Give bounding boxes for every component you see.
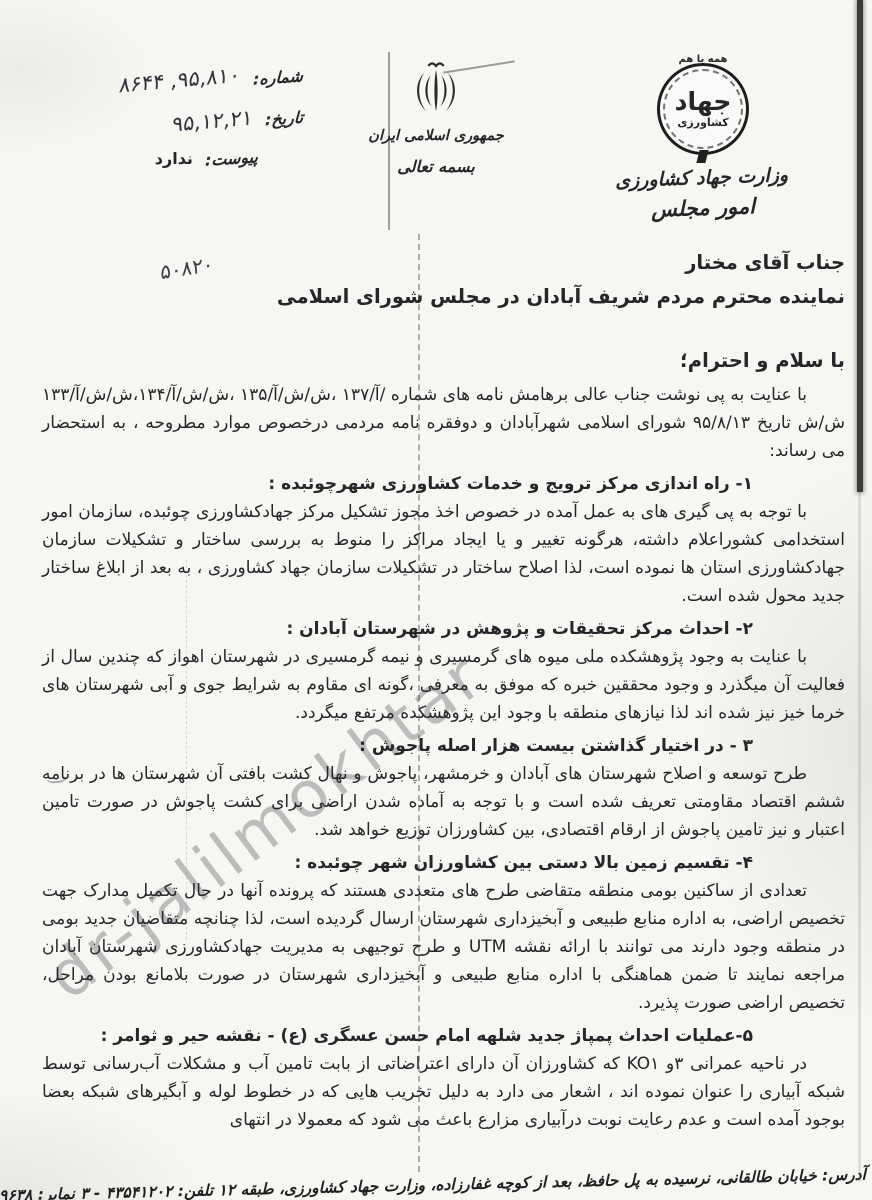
section-heading: ۳ - در اختیار گذاشتن بیست هزار اصله پاجو…	[42, 732, 845, 760]
logo-word-keshavarzi: کشاورزی	[660, 116, 746, 129]
date-value-handwritten: ۹۵,۱۲,۲۱	[171, 105, 254, 136]
logo-word-jahad: جهاد	[660, 89, 746, 115]
number-value-handwritten: ۹۵,۸۱۰, ۸۶۴۴	[119, 63, 242, 98]
letter-fields-block: شماره: ۹۵,۸۱۰, ۸۶۴۴ تاریخ: ۹۵,۱۲,۲۱ پیوس…	[28, 68, 303, 168]
section-3: ۳ - در اختیار گذاشتن بیست هزار اصله پاجو…	[42, 732, 845, 844]
section-5: ۵-عملیات احداث پمپاژ جدید شلهه امام حسن …	[42, 1022, 845, 1134]
field-attachment: پیوست: ندارد	[28, 149, 303, 168]
section-4: ۴- تقسیم زمین بالا دستی بین کشاورزان شهر…	[42, 849, 845, 1017]
recipient-name: جناب آقای مختار	[42, 246, 845, 280]
besmeleh-text: بسمه تعالی	[352, 157, 520, 176]
scan-edge-shadow-faint	[858, 492, 861, 1182]
date-label: تاریخ:	[264, 108, 303, 130]
footer-address: آدرس: خیابان طالقانی، نرسیده به پل حافظ،…	[6, 1165, 866, 1200]
number-label: شماره:	[253, 66, 304, 89]
field-date: تاریخ: ۹۵,۱۲,۲۱	[28, 109, 303, 133]
attachment-value: ندارد	[155, 149, 193, 168]
recipient-title: نماینده محترم مردم شریف آبادان در مجلس ش…	[42, 280, 845, 314]
letter-body: با عنایت به پی نوشت جناب عالی برهامش نام…	[42, 381, 845, 1134]
section-body: با توجه به پی گیری های به عمل آمده در خص…	[42, 498, 845, 610]
field-number: شماره: ۹۵,۸۱۰, ۸۶۴۴	[28, 68, 303, 92]
fold-crease-line	[418, 234, 420, 1172]
intro-paragraph: با عنایت به پی نوشت جناب عالی برهامش نام…	[42, 381, 845, 465]
jahad-keshavarzi-emblem-icon: جهاد کشاورزی	[657, 63, 749, 155]
scan-edge-shadow	[857, 0, 863, 492]
country-name: جمهوری اسلامی ایران	[352, 128, 520, 144]
office-name: امور مجلس	[618, 193, 789, 223]
section-1: ۱- راه اندازی مرکز ترویج و خدمات کشاورزی…	[42, 470, 845, 610]
salutation: با سلام و احترام؛	[680, 349, 845, 372]
section-heading: ۲- احداث مرکز تحقیقات و پژوهش در شهرستان…	[42, 615, 845, 643]
section-body: طرح توسعه و اصلاح شهرستان های آبادان و خ…	[42, 760, 845, 844]
section-2: ۲- احداث مرکز تحقیقات و پژوهش در شهرستان…	[42, 615, 845, 727]
ministry-logo-block: همه با هم جهاد کشاورزی وزارت جهاد کشاورز…	[618, 54, 788, 220]
section-heading: ۵-عملیات احداث پمپاژ جدید شلهه امام حسن …	[42, 1022, 845, 1050]
attachment-label: پیوست:	[205, 147, 259, 170]
national-emblem-block: جمهوری اسلامی ایران بسمه تعالی	[352, 60, 520, 176]
section-heading: ۱- راه اندازی مرکز ترویج و خدمات کشاورزی…	[42, 470, 845, 498]
fold-crease-line-top	[388, 52, 390, 230]
section-body: در ناحیه عمرانی ۳و KO۱ که کشاورزان آن دا…	[42, 1050, 845, 1134]
ministry-name: وزارت جهاد کشاورزی	[618, 164, 789, 192]
recipient-block: جناب آقای مختار نماینده محترم مردم شریف …	[42, 246, 845, 314]
section-heading: ۴- تقسیم زمین بالا دستی بین کشاورزان شهر…	[42, 849, 845, 877]
section-body: با عنایت به وجود پژوهشکده ملی میوه های گ…	[42, 643, 845, 727]
section-body: تعدادی از ساکنین بومی منطقه متقاضی طرح ه…	[42, 877, 845, 1017]
scanned-letter-page: dr-jalilmokhtar همه با هم جهاد کشاورزی و…	[0, 0, 872, 1200]
